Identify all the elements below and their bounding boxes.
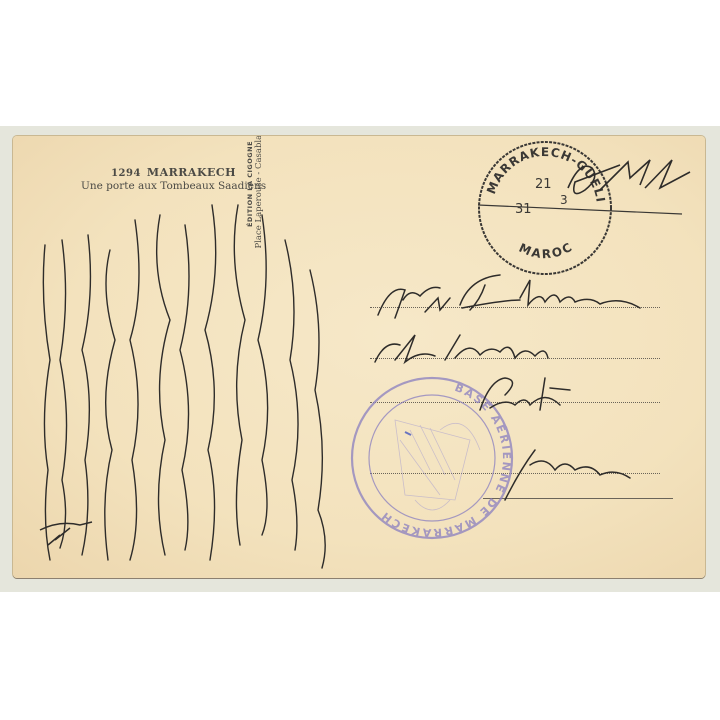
postmark-day: 21 [535,177,552,192]
postmark-bottom-text: MAROC [517,239,576,261]
postmark-month: 3 [560,193,568,207]
postmark: MARRAKECH-GUELIZ MAROC 21 3 31 [0,0,682,274]
ink-overlay: BASE AÉRIENNE DE MARRAKECH MARRAKECH-GUE… [0,0,720,720]
svg-text:MARRAKECH-GUELIZ: MARRAKECH-GUELIZ [0,0,608,204]
postmark-top-text: MARRAKECH-GUELIZ [0,0,608,204]
postmark-year: 31 [515,202,532,217]
svg-text:MAROC: MAROC [517,239,576,261]
military-stamp: BASE AÉRIENNE DE MARRAKECH [352,378,513,539]
message-handwriting [43,205,325,568]
